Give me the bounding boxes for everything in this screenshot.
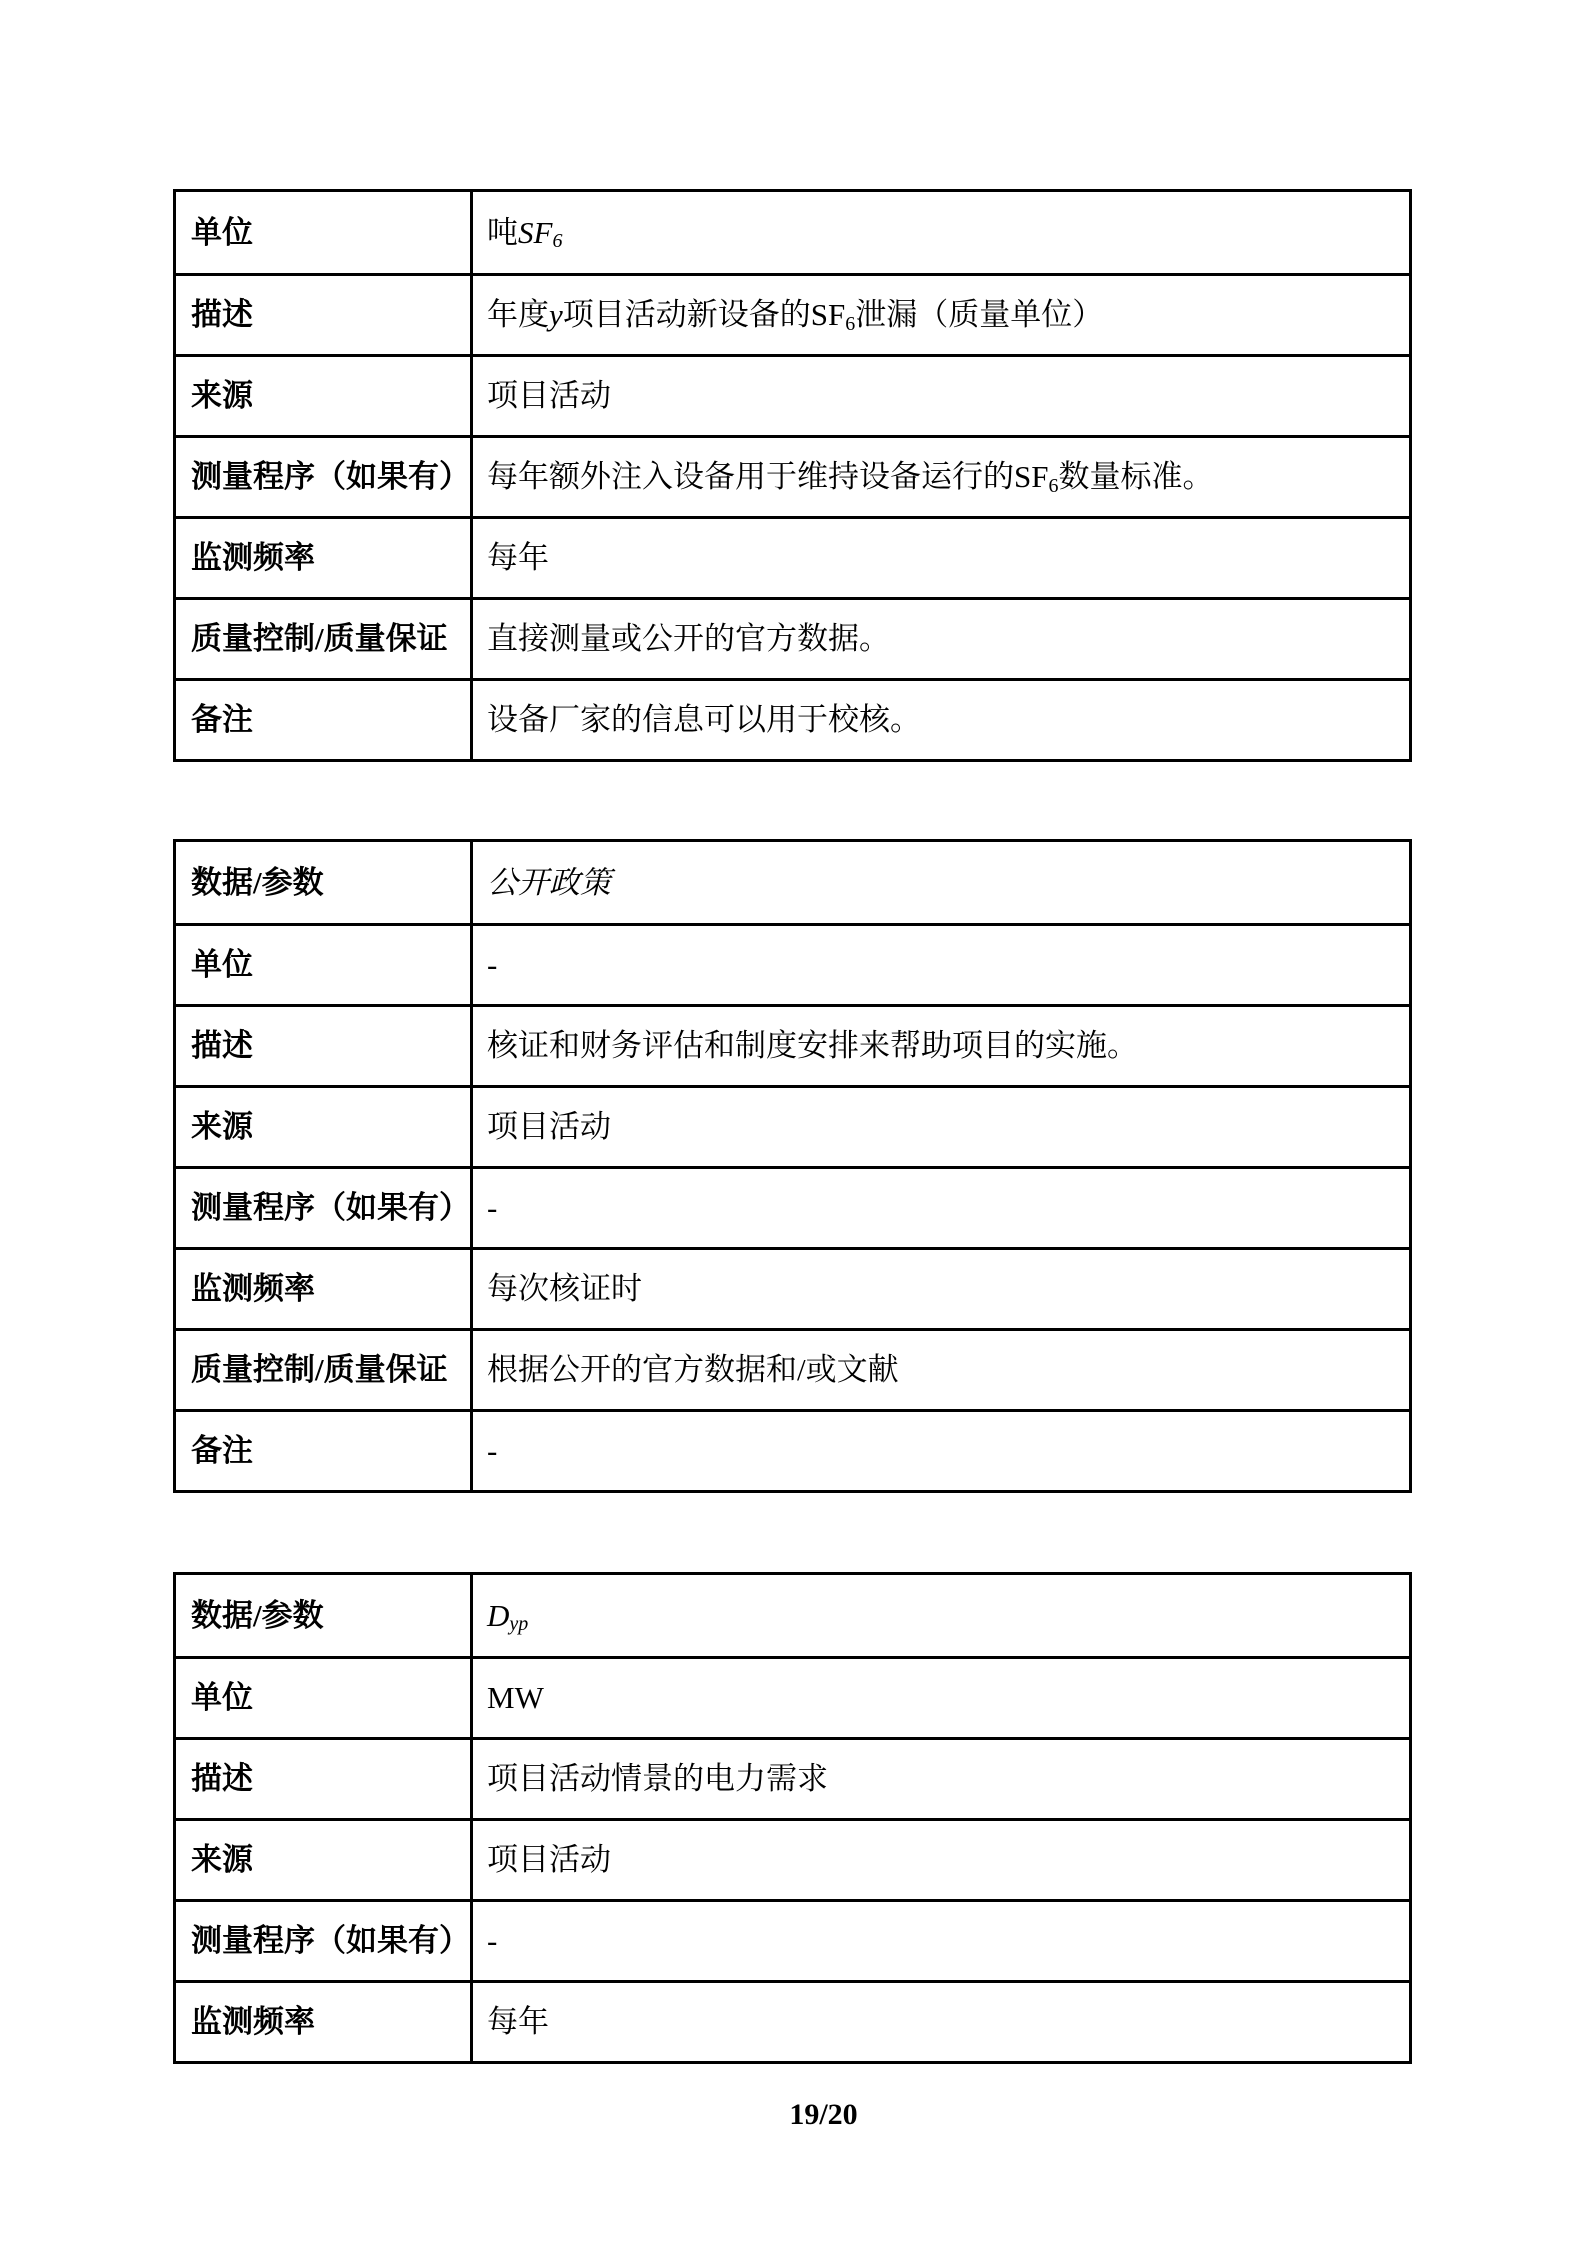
row-value: MW	[473, 1659, 1409, 1737]
table-row: 测量程序（如果有）每年额外注入设备用于维持设备运行的 SF6 数量标准。	[176, 435, 1409, 516]
row-label: 描述	[176, 1740, 473, 1818]
table-row: 备注设备厂家的信息可以用于校核。	[176, 678, 1409, 759]
text-run: D	[487, 1598, 509, 1634]
row-value: Dyp	[473, 1575, 1409, 1656]
text-run: 数量标准。	[1058, 459, 1213, 495]
text-run: 吨	[487, 215, 518, 251]
text-run: -	[487, 1923, 497, 1959]
text-run: 直接测量或公开的官方数据。	[487, 621, 890, 657]
row-label: 单位	[176, 1659, 473, 1737]
text-run: 每年	[487, 540, 549, 576]
table-row: 来源项目活动	[176, 1818, 1409, 1899]
table-row: 数据/参数公开政策	[176, 842, 1409, 923]
monitoring-parameter-table-1: 单位吨 SF6描述年度 y 项目活动新设备的 SF6 泄漏（质量单位）来源项目活…	[173, 189, 1412, 762]
table-row: 数据/参数Dyp	[176, 1575, 1409, 1656]
text-run: SF	[1014, 459, 1048, 495]
text-run: -	[487, 1190, 497, 1226]
text-run: 泄漏（质量单位）	[855, 297, 1103, 333]
page-number: 19/20	[789, 2098, 857, 2132]
row-label: 备注	[176, 681, 473, 759]
text-run: 6	[552, 230, 562, 253]
table-row: 备注-	[176, 1409, 1409, 1490]
row-value: 吨 SF6	[473, 192, 1409, 273]
text-run: 每年额外注入设备用于维持设备运行的	[487, 459, 1014, 495]
text-run: 根据公开的官方数据和/或文献	[487, 1352, 899, 1388]
table-row: 描述核证和财务评估和制度安排来帮助项目的实施。	[176, 1004, 1409, 1085]
row-label: 测量程序（如果有）	[176, 1169, 473, 1247]
row-label: 来源	[176, 1088, 473, 1166]
text-run: 项目活动	[487, 378, 611, 414]
table-row: 单位MW	[176, 1656, 1409, 1737]
table-row: 描述项目活动情景的电力需求	[176, 1737, 1409, 1818]
text-run: 每年	[487, 2004, 549, 2040]
table-row: 质量控制/质量保证根据公开的官方数据和/或文献	[176, 1328, 1409, 1409]
table-row: 描述年度 y 项目活动新设备的 SF6 泄漏（质量单位）	[176, 273, 1409, 354]
row-value: -	[473, 1412, 1409, 1490]
text-run: 6	[845, 313, 855, 336]
table-row: 来源项目活动	[176, 354, 1409, 435]
text-run: 年度	[487, 297, 549, 333]
row-label: 单位	[176, 192, 473, 273]
text-run: 项目活动	[487, 1842, 611, 1878]
monitoring-parameter-table-3: 数据/参数Dyp单位MW描述项目活动情景的电力需求来源项目活动测量程序（如果有）…	[173, 1572, 1412, 2064]
row-value: -	[473, 1902, 1409, 1980]
text-run: 项目活动	[487, 1109, 611, 1145]
row-value: 设备厂家的信息可以用于校核。	[473, 681, 1409, 759]
text-run: 每次核证时	[487, 1271, 642, 1307]
text-run: 6	[1048, 475, 1058, 498]
row-label: 数据/参数	[176, 1575, 473, 1656]
row-label: 质量控制/质量保证	[176, 1331, 473, 1409]
text-run: -	[487, 947, 497, 983]
text-run: 项目活动新设备的	[563, 297, 811, 333]
row-label: 单位	[176, 926, 473, 1004]
text-run: MW	[487, 1680, 544, 1716]
row-value: 每年	[473, 1983, 1409, 2061]
row-value: 直接测量或公开的官方数据。	[473, 600, 1409, 678]
table-row: 测量程序（如果有）-	[176, 1166, 1409, 1247]
table-row: 测量程序（如果有）-	[176, 1899, 1409, 1980]
row-label: 描述	[176, 1007, 473, 1085]
row-label: 备注	[176, 1412, 473, 1490]
page-footer: 19/20	[0, 2098, 1587, 2132]
table-row: 监测频率每次核证时	[176, 1247, 1409, 1328]
table-row: 监测频率每年	[176, 1980, 1409, 2061]
row-value: 项目活动情景的电力需求	[473, 1740, 1409, 1818]
row-label: 描述	[176, 276, 473, 354]
text-run: y	[549, 297, 563, 333]
row-value: 项目活动	[473, 1088, 1409, 1166]
row-label: 测量程序（如果有）	[176, 1902, 473, 1980]
row-label: 来源	[176, 357, 473, 435]
text-run: yp	[509, 1613, 528, 1636]
monitoring-parameter-table-2: 数据/参数公开政策单位-描述核证和财务评估和制度安排来帮助项目的实施。来源项目活…	[173, 839, 1412, 1493]
text-run: 项目活动情景的电力需求	[487, 1761, 828, 1797]
row-label: 质量控制/质量保证	[176, 600, 473, 678]
row-value: 项目活动	[473, 1821, 1409, 1899]
row-value: 核证和财务评估和制度安排来帮助项目的实施。	[473, 1007, 1409, 1085]
table-row: 监测频率每年	[176, 516, 1409, 597]
table-row: 质量控制/质量保证直接测量或公开的官方数据。	[176, 597, 1409, 678]
row-value: -	[473, 926, 1409, 1004]
row-label: 监测频率	[176, 519, 473, 597]
text-run: -	[487, 1433, 497, 1469]
row-value: 公开政策	[473, 842, 1409, 923]
row-label: 测量程序（如果有）	[176, 438, 473, 516]
table-row: 单位吨 SF6	[176, 192, 1409, 273]
row-label: 监测频率	[176, 1983, 473, 2061]
row-label: 数据/参数	[176, 842, 473, 923]
row-value: 每次核证时	[473, 1250, 1409, 1328]
table-row: 单位-	[176, 923, 1409, 1004]
text-run: 设备厂家的信息可以用于校核。	[487, 702, 921, 738]
row-label: 监测频率	[176, 1250, 473, 1328]
row-value: 项目活动	[473, 357, 1409, 435]
text-run: SF	[518, 215, 552, 251]
row-value: 每年额外注入设备用于维持设备运行的 SF6 数量标准。	[473, 438, 1409, 516]
row-value: 年度 y 项目活动新设备的 SF6 泄漏（质量单位）	[473, 276, 1409, 354]
text-run: 公开政策	[487, 865, 611, 901]
text-run: SF	[811, 297, 845, 333]
row-value: 每年	[473, 519, 1409, 597]
row-label: 来源	[176, 1821, 473, 1899]
text-run: 核证和财务评估和制度安排来帮助项目的实施。	[487, 1028, 1138, 1064]
row-value: 根据公开的官方数据和/或文献	[473, 1331, 1409, 1409]
table-row: 来源项目活动	[176, 1085, 1409, 1166]
document-page: 单位吨 SF6描述年度 y 项目活动新设备的 SF6 泄漏（质量单位）来源项目活…	[0, 0, 1587, 2245]
row-value: -	[473, 1169, 1409, 1247]
